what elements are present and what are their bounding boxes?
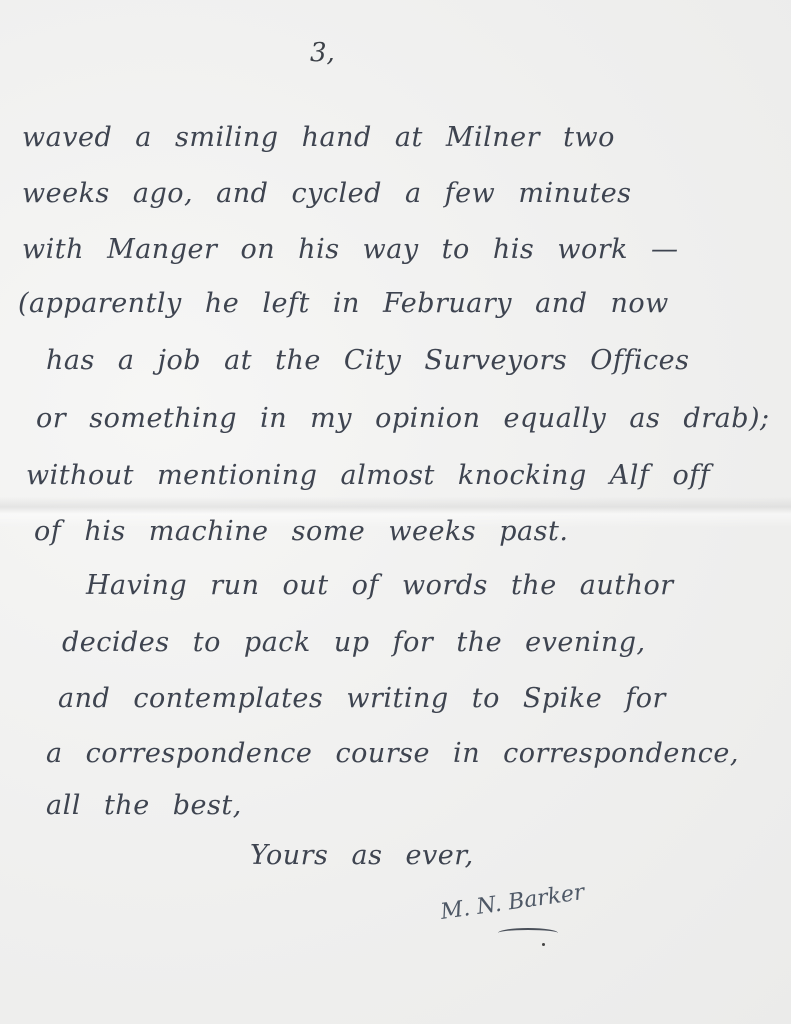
letter-line: and contemplates writing to Spike for [58,683,666,714]
signature-flourish [498,928,558,938]
letter-line: without mentioning almost knocking Alf o… [26,460,710,491]
letter-line: with Manger on his way to his work — [22,234,679,265]
letter-line: Having run out of words the author [86,570,674,601]
letter-line: of his machine some weeks past. [34,516,568,547]
signature-dot [542,943,545,946]
letter-line: weeks ago, and cycled a few minutes [22,178,632,209]
letter-line: has a job at the City Surveyors Offices [46,345,690,376]
letter-line: decides to pack up for the evening, [62,627,646,658]
page-number: 3, [310,38,335,68]
letter-line: all the best, [46,790,242,821]
letter-line: a correspondence course in correspondenc… [46,738,739,769]
letter-line: or something in my opinion equally as dr… [36,403,770,434]
closing-line: Yours as ever, [250,840,474,871]
letter-line: (apparently he left in February and now [18,288,669,319]
letter-line: waved a smiling hand at Milner two [22,122,615,153]
